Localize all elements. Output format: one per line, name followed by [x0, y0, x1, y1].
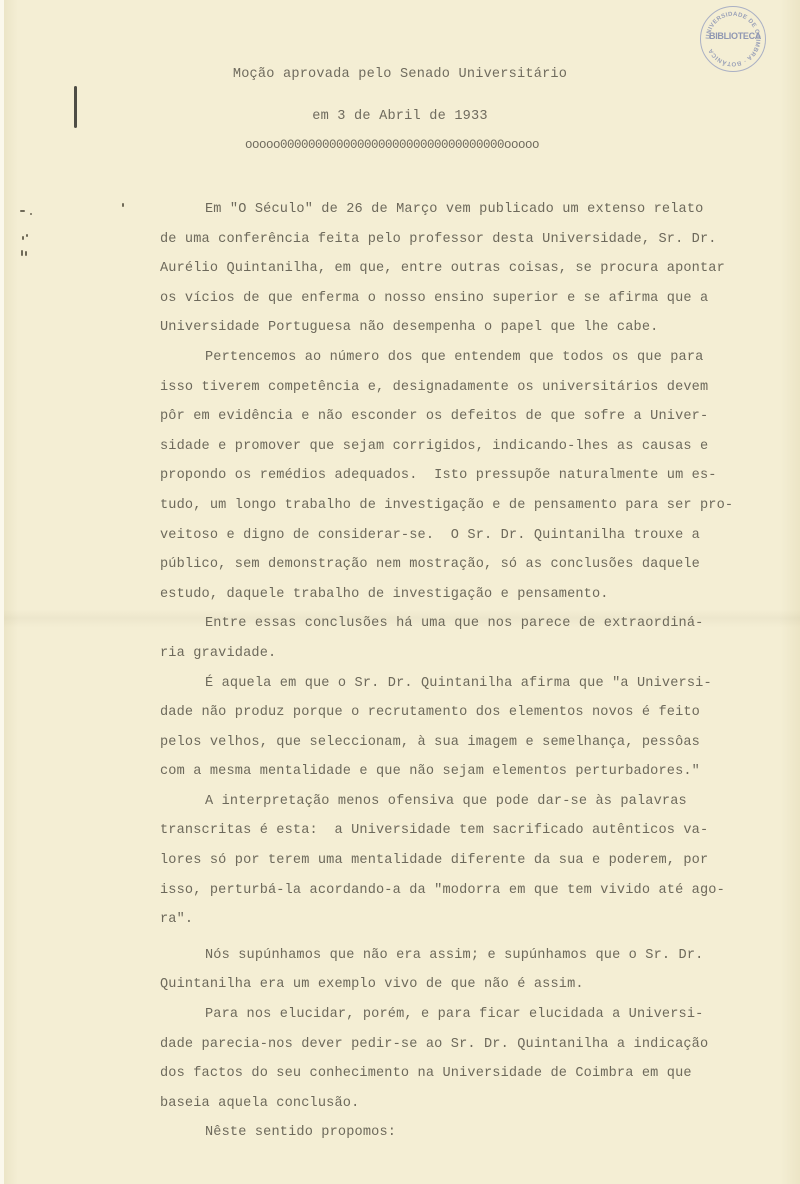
- body-line: lores só por terem uma mentalidade difer…: [160, 846, 760, 876]
- body-line: transcritas é esta: a Universidade tem s…: [160, 816, 760, 846]
- body-line: dos factos do seu conhecimento na Univer…: [160, 1059, 760, 1089]
- body-line: público, sem demonstração nem mostração,…: [160, 550, 760, 580]
- library-stamp: UNIVERSIDADE DE COIMBRA · BOTÂNICA BIBLI…: [700, 6, 766, 72]
- body-line: Em "O Século" de 26 de Março vem publica…: [160, 195, 760, 225]
- stamp-center-text: BIBLIOTECA: [709, 31, 759, 41]
- document-title: Moção aprovada pelo Senado Universitário: [0, 67, 800, 82]
- body-line: isso tiverem competência e, designadamen…: [160, 373, 760, 403]
- body-line: Pertencemos ao número dos que entendem q…: [160, 343, 760, 373]
- body-line: Aurélio Quintanilha, em que, entre outra…: [160, 254, 760, 284]
- body-line: dade parecia-nos dever pedir-se ao Sr. D…: [160, 1030, 760, 1060]
- body-line: veitoso e digno de considerar-se. O Sr. …: [160, 521, 760, 551]
- body-line: A interpretação menos ofensiva que pode …: [160, 787, 760, 817]
- body-line: Universidade Portuguesa não desempenha o…: [160, 313, 760, 343]
- body-line: ria gravidade.: [160, 639, 760, 669]
- body-line: propondo os remédios adequados. Isto pre…: [160, 461, 760, 491]
- body-line: Nêste sentido propomos:: [160, 1118, 760, 1148]
- page-left-edge: [0, 0, 4, 1184]
- body-line: ra".: [160, 905, 760, 935]
- body-line: os vícios de que enferma o nosso ensino …: [160, 284, 760, 314]
- body-line: pôr em evidência e não esconder os defei…: [160, 402, 760, 432]
- body-line: Entre essas conclusões há uma que nos pa…: [160, 609, 760, 639]
- document-date: em 3 de Abril de 1933: [0, 109, 800, 124]
- body-line: estudo, daquele trabalho de investigação…: [160, 580, 760, 610]
- body-line: baseia aquela conclusão.: [160, 1089, 760, 1119]
- body-line: pelos velhos, que seleccionam, à sua ima…: [160, 728, 760, 758]
- margin-specks: [18, 200, 48, 270]
- body-line: Nós supúnhamos que não era assim; e supú…: [160, 941, 760, 971]
- body-line: Quintanilha era um exemplo vivo de que n…: [160, 970, 760, 1000]
- body-line: isso, perturbá-la acordando-a da "modorr…: [160, 876, 760, 906]
- body-line: tudo, um longo trabalho de investigação …: [160, 491, 760, 521]
- document-body: Em "O Século" de 26 de Março vem publica…: [160, 195, 760, 1148]
- title-separator: ooooo00000000000000000000000000000000ooo…: [0, 138, 792, 152]
- body-line: dade não produz porque o recrutamento do…: [160, 698, 760, 728]
- body-line: de uma conferência feita pelo professor …: [160, 225, 760, 255]
- body-line: sidade e promover que sejam corrigidos, …: [160, 432, 760, 462]
- body-line: Para nos elucidar, porém, e para ficar e…: [160, 1000, 760, 1030]
- body-line: com a mesma mentalidade e que não sejam …: [160, 757, 760, 787]
- body-line: É aquela em que o Sr. Dr. Quintanilha af…: [160, 669, 760, 699]
